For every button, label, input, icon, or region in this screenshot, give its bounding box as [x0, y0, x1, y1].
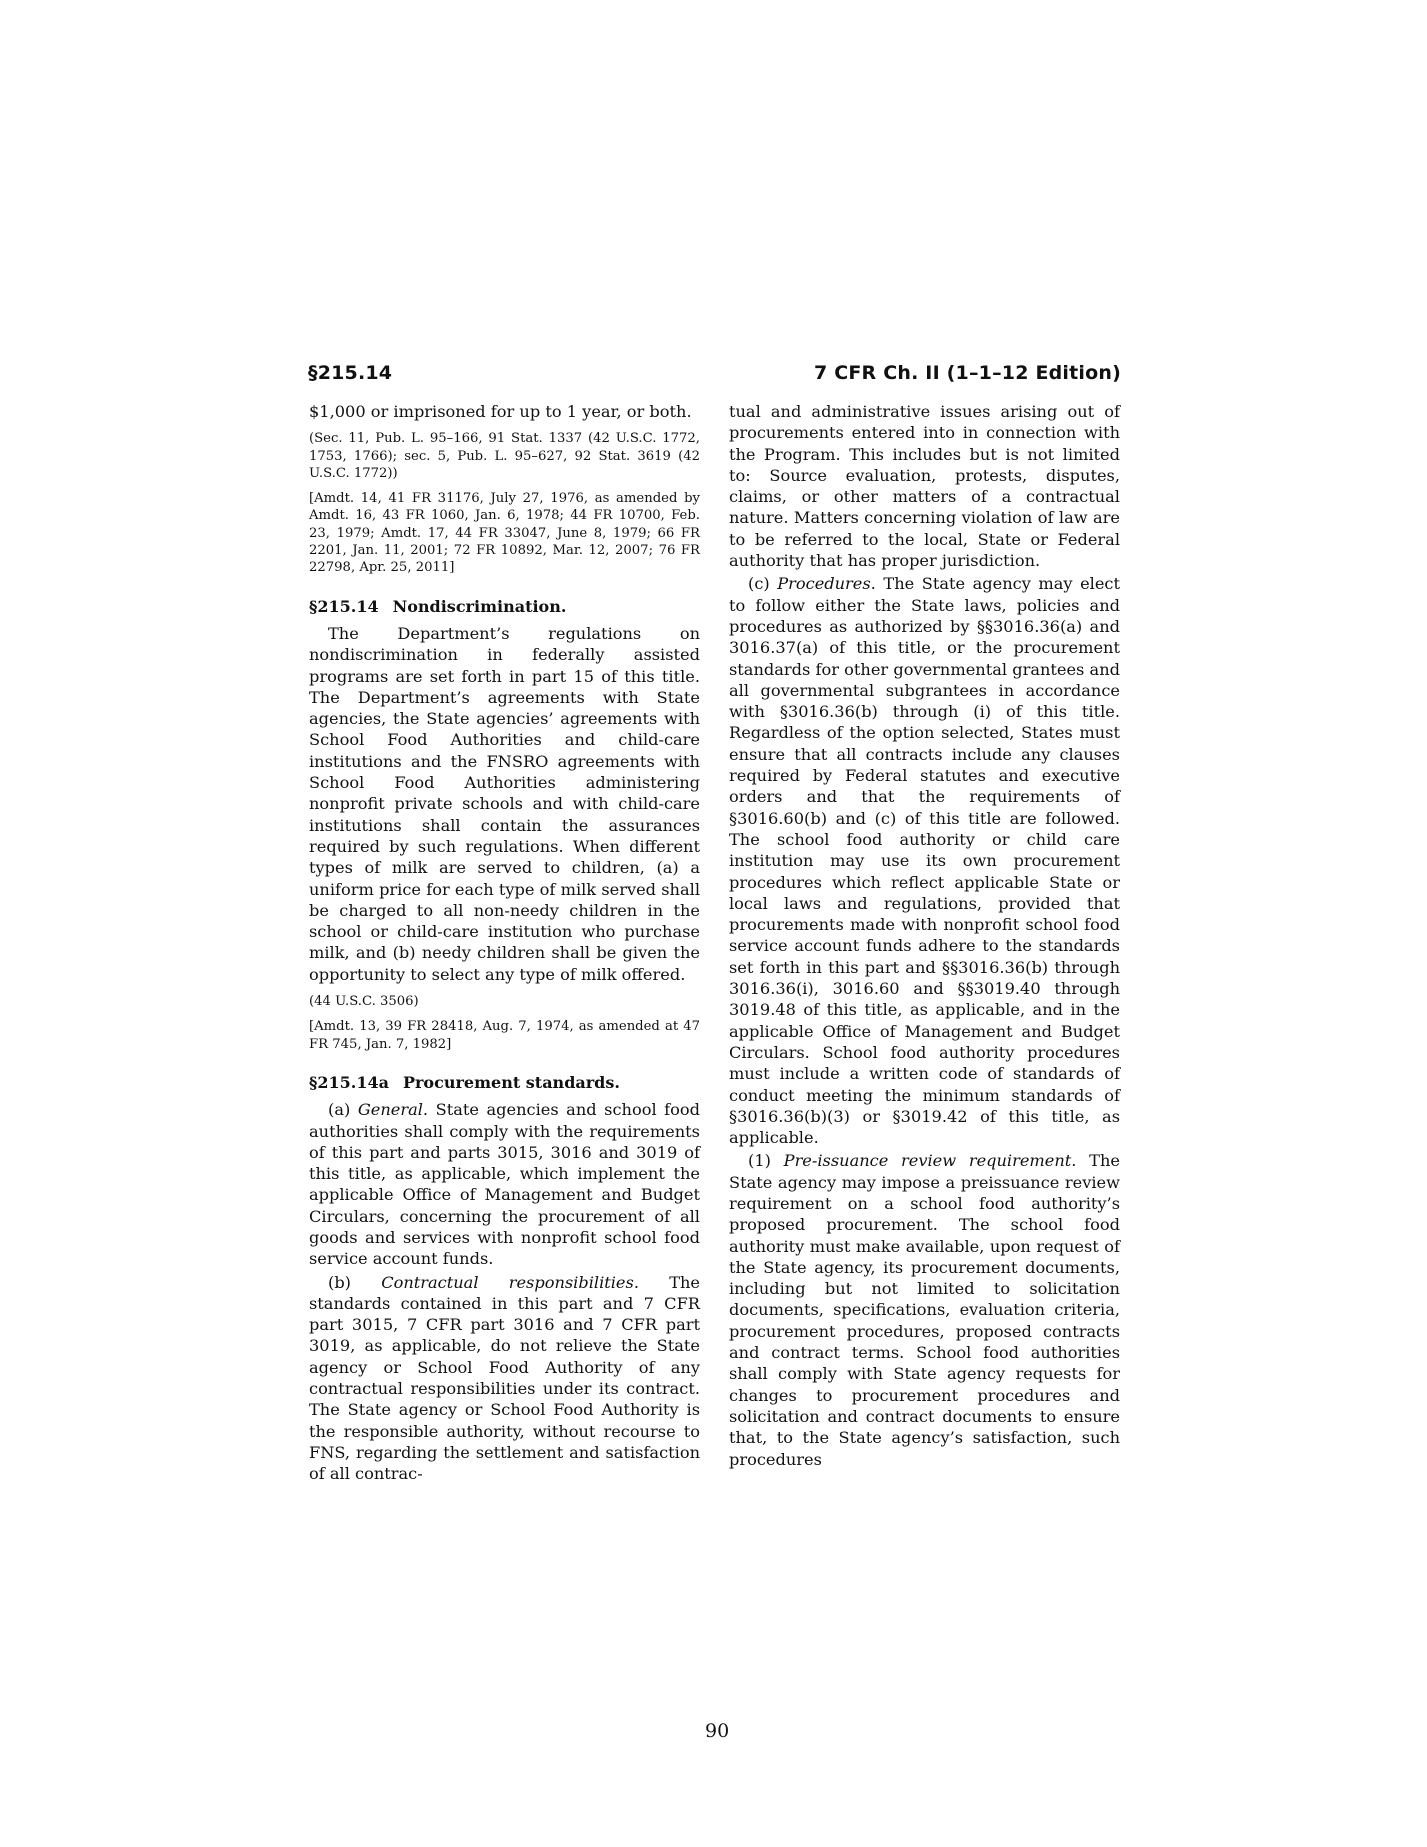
paragraph-heading: General. [358, 1100, 428, 1119]
paragraph-heading: Contractual responsibilities. [381, 1273, 639, 1292]
paragraph-heading: Procedures. [777, 574, 876, 593]
continued-paragraph: tual and administrative issues arising o… [729, 401, 1120, 571]
authority-note: (44 U.S.C. 3506) [309, 993, 700, 1010]
paragraph-body: The standards contained in this part and… [309, 1273, 700, 1484]
authority-note: (Sec. 11, Pub. L. 95–166, 91 Stat. 1337 … [309, 430, 700, 482]
paragraph-body: The State agency may elect to follow eit… [729, 574, 1120, 1147]
page-number: 90 [705, 1720, 729, 1742]
paragraph-body: State agencies and school food authoriti… [309, 1100, 700, 1268]
paragraph-heading: Pre-issuance review requirement. [784, 1151, 1077, 1170]
section-number: §215.14a [309, 1073, 389, 1092]
section-heading-procurement-standards: §215.14aProcurement standards. [309, 1072, 700, 1093]
section-heading-nondiscrimination: §215.14Nondiscrimination. [309, 596, 700, 617]
section-title: Nondiscrimination. [393, 597, 567, 616]
paragraph-label: (b) [328, 1273, 351, 1292]
paragraph-a: (a) General. State agencies and school f… [309, 1099, 700, 1269]
paragraph-label: (c) [748, 574, 770, 593]
paragraph-b: (b) Contractual responsibilities. The st… [309, 1272, 700, 1485]
source-note: [Amdt. 14, 41 FR 31176, July 27, 1976, a… [309, 490, 700, 576]
paragraph-body: The State agency may impose a preissuanc… [729, 1151, 1120, 1468]
right-column: tual and administrative issues arising o… [729, 401, 1120, 1470]
paragraph-label: (1) [748, 1151, 771, 1170]
section-number: §215.14 [309, 597, 379, 616]
paragraph-c-1: (1) Pre-issuance review requirement. The… [729, 1150, 1120, 1469]
section-body: The Department’s regulations on nondiscr… [309, 623, 700, 985]
document-page: §215.14 7 CFR Ch. II (1–1–12 Edition) $1… [0, 0, 1427, 1847]
paragraph-label: (a) [328, 1100, 350, 1119]
continued-paragraph: $1,000 or imprisoned for up to 1 year, o… [309, 401, 700, 422]
section-title: Procurement standards. [403, 1073, 620, 1092]
left-column: $1,000 or imprisoned for up to 1 year, o… [309, 401, 700, 1485]
paragraph-c: (c) Procedures. The State agency may ele… [729, 573, 1120, 1148]
running-head-source: 7 CFR Ch. II (1–1–12 Edition) [814, 362, 1121, 384]
source-note: [Amdt. 13, 39 FR 28418, Aug. 7, 1974, as… [309, 1018, 700, 1053]
running-head-section: §215.14 [308, 362, 392, 384]
